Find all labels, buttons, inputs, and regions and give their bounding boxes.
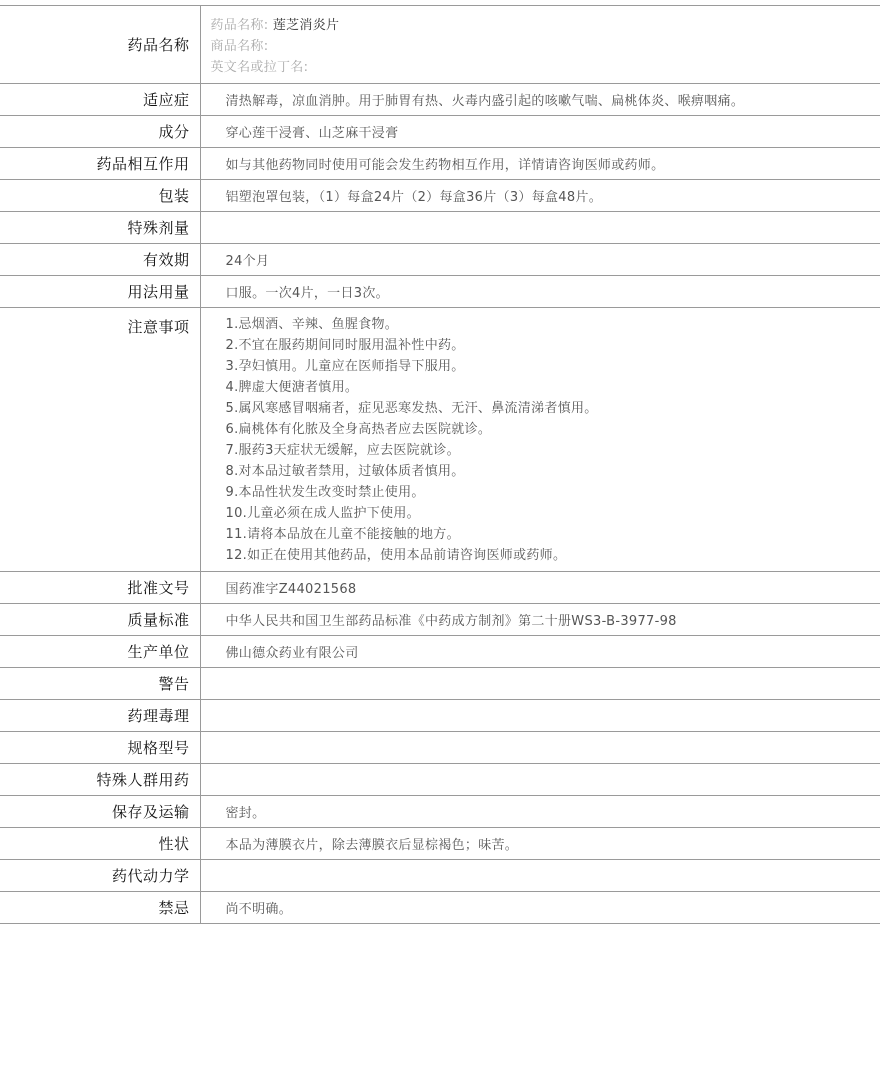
drug-spec-page: 药品名称 药品名称: 莲芝消炎片 商品名称: 英文名或拉丁名: 适应症 清热解毒… bbox=[0, 0, 880, 924]
row-warning: 警告 bbox=[0, 668, 880, 700]
row-value bbox=[200, 764, 880, 796]
precaution-item: 3.孕妇慎用。儿童应在医师指导下服用。 bbox=[226, 356, 880, 377]
row-value bbox=[200, 860, 880, 892]
row-value: 中华人民共和国卫生部药品标准《中药成方制剂》第二十册WS3-B-3977-98 bbox=[200, 604, 880, 636]
row-label: 适应症 bbox=[0, 84, 200, 116]
row-label: 质量标准 bbox=[0, 604, 200, 636]
row-value: 尚不明确。 bbox=[200, 892, 880, 924]
row-value: 24个月 bbox=[200, 244, 880, 276]
row-shelf-life: 有效期 24个月 bbox=[0, 244, 880, 276]
row-label: 包装 bbox=[0, 180, 200, 212]
generic-name-key: 药品名称: bbox=[211, 18, 269, 33]
row-label: 药品相互作用 bbox=[0, 148, 200, 180]
row-label: 规格型号 bbox=[0, 732, 200, 764]
precaution-item: 11.请将本品放在儿童不能接触的地方。 bbox=[226, 524, 880, 545]
row-label: 警告 bbox=[0, 668, 200, 700]
row-quality-standard: 质量标准 中华人民共和国卫生部药品标准《中药成方制剂》第二十册WS3-B-397… bbox=[0, 604, 880, 636]
row-value: 口服。一次4片，一日3次。 bbox=[200, 276, 880, 308]
row-value bbox=[200, 700, 880, 732]
precaution-item: 7.服药3天症状无缓解，应去医院就诊。 bbox=[226, 440, 880, 461]
row-pharmacokinetics: 药代动力学 bbox=[0, 860, 880, 892]
generic-name-value: 莲芝消炎片 bbox=[273, 18, 340, 33]
precaution-item: 6.扁桃体有化脓及全身高热者应去医院就诊。 bbox=[226, 419, 880, 440]
row-drug-name: 药品名称 药品名称: 莲芝消炎片 商品名称: 英文名或拉丁名: bbox=[0, 6, 880, 84]
row-indications: 适应症 清热解毒，凉血消肿。用于肺胃有热、火毒内盛引起的咳嗽气喘、扁桃体炎、喉痹… bbox=[0, 84, 880, 116]
row-value: 佛山德众药业有限公司 bbox=[200, 636, 880, 668]
precaution-item: 2.不宜在服药期间同时服用温补性中药。 bbox=[226, 335, 880, 356]
row-value: 密封。 bbox=[200, 796, 880, 828]
precaution-item: 1.忌烟酒、辛辣、鱼腥食物。 bbox=[226, 314, 880, 335]
row-label: 生产单位 bbox=[0, 636, 200, 668]
trade-name-line: 商品名称: bbox=[211, 36, 880, 57]
row-label: 批准文号 bbox=[0, 572, 200, 604]
english-name-line: 英文名或拉丁名: bbox=[211, 57, 880, 78]
row-value: 本品为薄膜衣片，除去薄膜衣后显棕褐色；味苦。 bbox=[200, 828, 880, 860]
row-value: 清热解毒，凉血消肿。用于肺胃有热、火毒内盛引起的咳嗽气喘、扁桃体炎、喉痹咽痛。 bbox=[200, 84, 880, 116]
row-label: 药理毒理 bbox=[0, 700, 200, 732]
row-specification: 规格型号 bbox=[0, 732, 880, 764]
row-label: 成分 bbox=[0, 116, 200, 148]
precaution-item: 8.对本品过敏者禁用，过敏体质者慎用。 bbox=[226, 461, 880, 482]
drug-name-cell: 药品名称: 莲芝消炎片 商品名称: 英文名或拉丁名: bbox=[200, 6, 880, 84]
row-special-dosage: 特殊剂量 bbox=[0, 212, 880, 244]
row-storage: 保存及运输 密封。 bbox=[0, 796, 880, 828]
row-approval-number: 批准文号 国药准字Z44021568 bbox=[0, 572, 880, 604]
precaution-item: 5.属风寒感冒咽痛者，症见恶寒发热、无汗、鼻流清涕者慎用。 bbox=[226, 398, 880, 419]
row-value bbox=[200, 668, 880, 700]
row-packaging: 包装 铝塑泡罩包装，（1）每盒24片（2）每盒36片（3）每盒48片。 bbox=[0, 180, 880, 212]
row-special-populations: 特殊人群用药 bbox=[0, 764, 880, 796]
drug-spec-table: 药品名称 药品名称: 莲芝消炎片 商品名称: 英文名或拉丁名: 适应症 清热解毒… bbox=[0, 5, 880, 924]
row-value: 国药准字Z44021568 bbox=[200, 572, 880, 604]
row-label: 特殊剂量 bbox=[0, 212, 200, 244]
row-value bbox=[200, 732, 880, 764]
row-manufacturer: 生产单位 佛山德众药业有限公司 bbox=[0, 636, 880, 668]
row-label: 保存及运输 bbox=[0, 796, 200, 828]
row-value bbox=[200, 212, 880, 244]
row-value: 铝塑泡罩包装，（1）每盒24片（2）每盒36片（3）每盒48片。 bbox=[200, 180, 880, 212]
precaution-item: 9.本品性状发生改变时禁止使用。 bbox=[226, 482, 880, 503]
generic-name-line: 药品名称: 莲芝消炎片 bbox=[211, 15, 880, 36]
english-name-key: 英文名或拉丁名: bbox=[211, 60, 309, 75]
row-value: 穿心莲干浸膏、山芝麻干浸膏 bbox=[200, 116, 880, 148]
row-interactions: 药品相互作用 如与其他药物同时使用可能会发生药物相互作用，详情请咨询医师或药师。 bbox=[0, 148, 880, 180]
row-ingredients: 成分 穿心莲干浸膏、山芝麻干浸膏 bbox=[0, 116, 880, 148]
row-label: 有效期 bbox=[0, 244, 200, 276]
row-label: 用法用量 bbox=[0, 276, 200, 308]
row-label: 性状 bbox=[0, 828, 200, 860]
trade-name-key: 商品名称: bbox=[211, 39, 269, 54]
row-label: 药品名称 bbox=[0, 6, 200, 84]
precaution-item: 12.如正在使用其他药品，使用本品前请咨询医师或药师。 bbox=[226, 545, 880, 566]
row-pharmacology: 药理毒理 bbox=[0, 700, 880, 732]
row-value: 如与其他药物同时使用可能会发生药物相互作用，详情请咨询医师或药师。 bbox=[200, 148, 880, 180]
row-label: 禁忌 bbox=[0, 892, 200, 924]
row-dosage: 用法用量 口服。一次4片，一日3次。 bbox=[0, 276, 880, 308]
row-description: 性状 本品为薄膜衣片，除去薄膜衣后显棕褐色；味苦。 bbox=[0, 828, 880, 860]
row-label: 注意事项 bbox=[0, 308, 200, 572]
precaution-item: 4.脾虚大便溏者慎用。 bbox=[226, 377, 880, 398]
precaution-item: 10.儿童必须在成人监护下使用。 bbox=[226, 503, 880, 524]
row-label: 药代动力学 bbox=[0, 860, 200, 892]
precautions-list: 1.忌烟酒、辛辣、鱼腥食物。 2.不宜在服药期间同时服用温补性中药。 3.孕妇慎… bbox=[200, 308, 880, 572]
row-precautions: 注意事项 1.忌烟酒、辛辣、鱼腥食物。 2.不宜在服药期间同时服用温补性中药。 … bbox=[0, 308, 880, 572]
row-label: 特殊人群用药 bbox=[0, 764, 200, 796]
row-contraindications: 禁忌 尚不明确。 bbox=[0, 892, 880, 924]
